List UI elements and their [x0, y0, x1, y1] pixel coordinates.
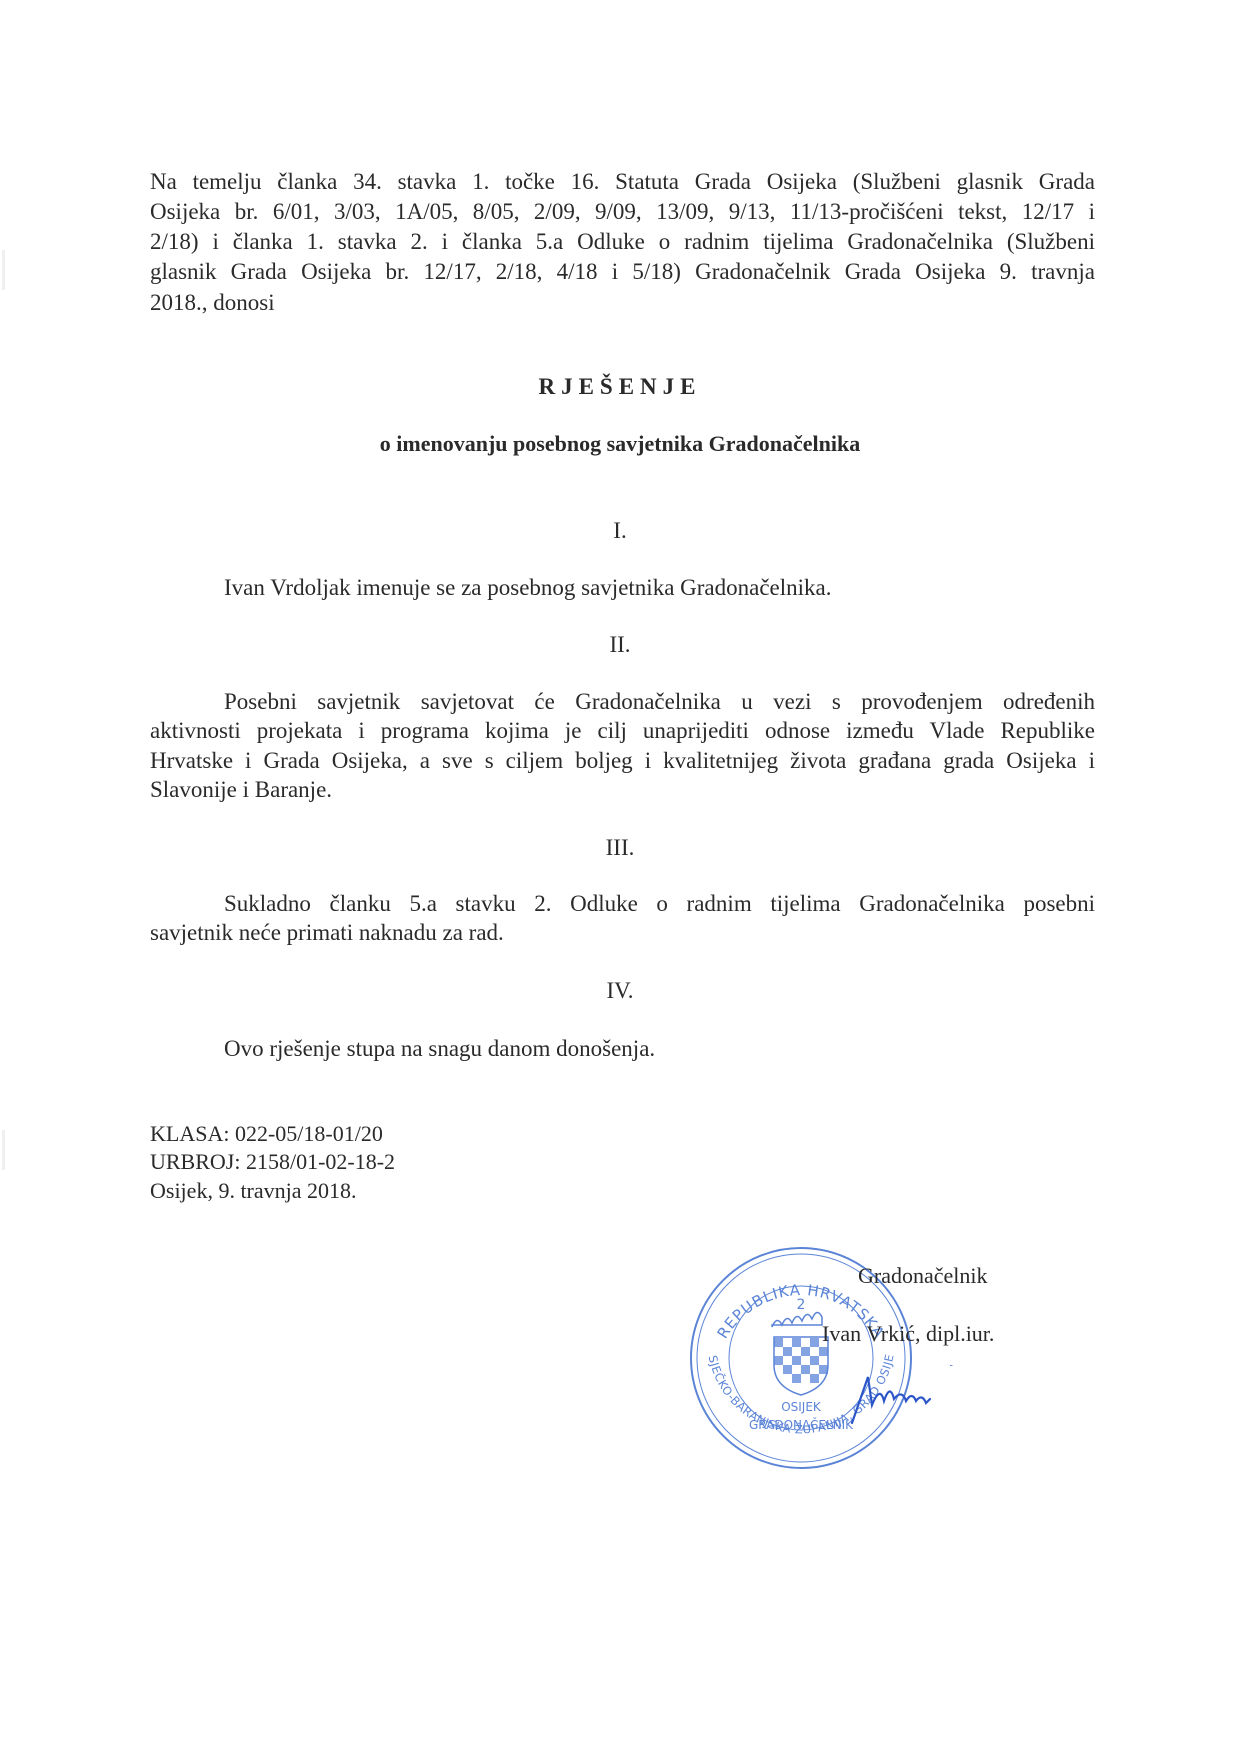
place-date: Osijek, 9. travnja 2018. [150, 1177, 357, 1205]
article-text: Sukladno članku 5.a stavku 2. Odluke o r… [224, 889, 1095, 919]
klasa: KLASA: 022-05/18-01/20 [150, 1120, 383, 1148]
preamble-line: 2/18) i članka 1. stavka 2. i članka 5.a… [150, 227, 1095, 257]
article-number: IV. [0, 976, 1240, 1006]
preamble-line: Osijeka br. 6/01, 3/03, 1A/05, 8/05, 2/0… [150, 197, 1095, 227]
scan-artifact [2, 1130, 5, 1170]
article-number: III. [0, 833, 1240, 863]
article-text: savjetnik neće primati naknadu za rad. [150, 918, 1095, 948]
article-number: II. [0, 630, 1240, 660]
scan-artifact [2, 250, 5, 290]
document-subtitle: o imenovanju posebnog savjetnika Gradona… [0, 429, 1240, 459]
handwritten-signature [850, 1365, 980, 1425]
preamble-line: glasnik Grada Osijeka br. 12/17, 2/18, 4… [150, 257, 1095, 287]
article-text: Posebni savjetnik savjetovat će Gradonač… [224, 687, 1095, 717]
article-text: Ivan Vrdoljak imenuje se za posebnog sav… [224, 573, 1095, 603]
article-text: aktivnosti projekata i programa kojima j… [150, 716, 1095, 746]
article-text: Ovo rješenje stupa na snagu danom donoše… [224, 1034, 1095, 1064]
svg-text:OSIJEK: OSIJEK [781, 1400, 822, 1414]
preamble-line: Na temelju članka 34. stavka 1. točke 16… [150, 167, 1095, 197]
coat-of-arms-icon [772, 1312, 828, 1395]
signatory-role: Gradonačelnik [858, 1262, 988, 1290]
svg-text:GRADONAČELNIK: GRADONAČELNIK [749, 1417, 854, 1432]
article-number: I. [0, 516, 1240, 546]
preamble-line: 2018., donosi [150, 288, 1095, 318]
svg-text:2: 2 [797, 1297, 806, 1313]
urbroj: URBROJ: 2158/01-02-18-2 [150, 1148, 395, 1176]
article-text: Slavonije i Baranje. [150, 775, 1095, 805]
document-page: Na temelju članka 34. stavka 1. točke 16… [0, 0, 1240, 1753]
document-title: RJEŠENJE [0, 372, 1240, 402]
signatory-name: Ivan Vrkić, dipl.iur. [822, 1320, 994, 1348]
article-text: Hrvatske i Grada Osijeka, a sve s ciljem… [150, 746, 1095, 776]
